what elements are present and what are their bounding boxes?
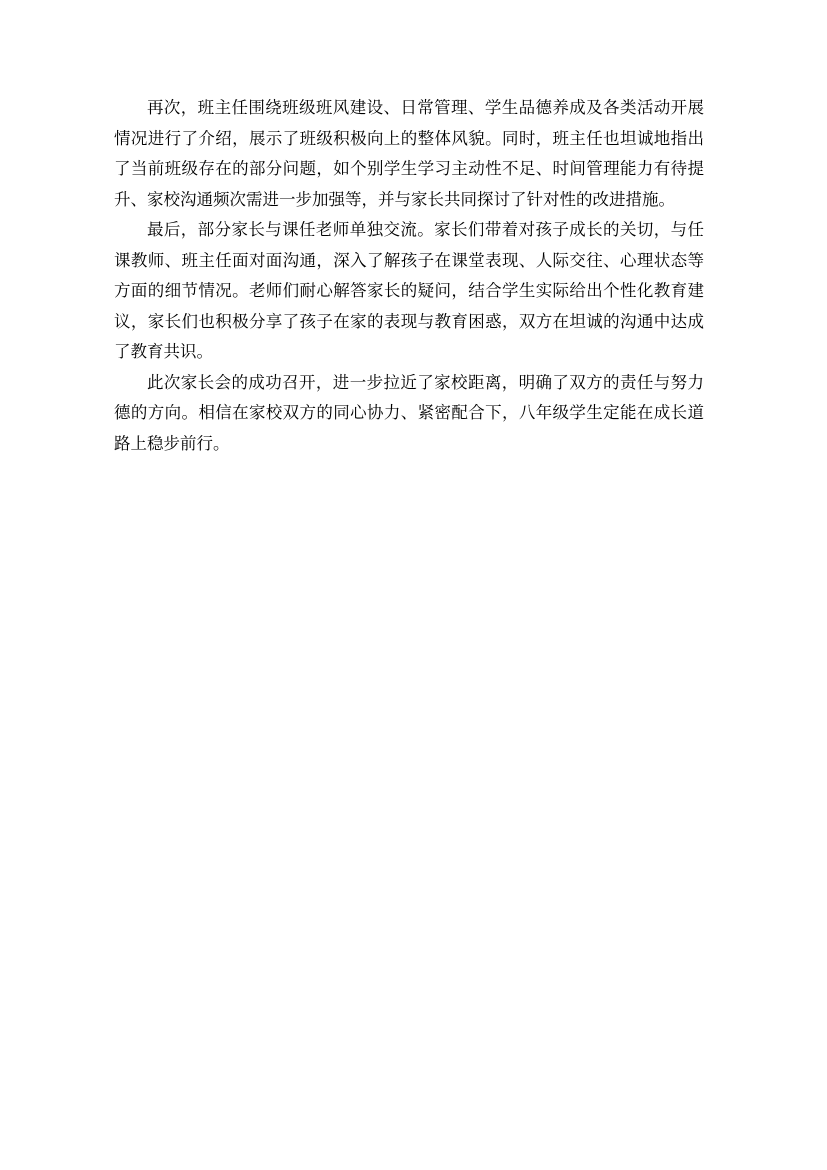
document-body-text: 再次，班主任围绕班级班风建设、日常管理、学生品德养成及各类活动开展情况进行了介绍… bbox=[114, 93, 704, 459]
paragraph-meeting-conclusion: 此次家长会的成功召开，进一步拉近了家校距离，明确了双方的责任与努力德的方向。相信… bbox=[114, 368, 704, 460]
paragraph-classroom-report: 再次，班主任围绕班级班风建设、日常管理、学生品德养成及各类活动开展情况进行了介绍… bbox=[114, 93, 704, 215]
document-page: 再次，班主任围绕班级班风建设、日常管理、学生品德养成及各类活动开展情况进行了介绍… bbox=[0, 0, 827, 1170]
paragraph-parent-teacher-exchange: 最后，部分家长与课任老师单独交流。家长们带着对孩子成长的关切，与任课教师、班主任… bbox=[114, 215, 704, 368]
